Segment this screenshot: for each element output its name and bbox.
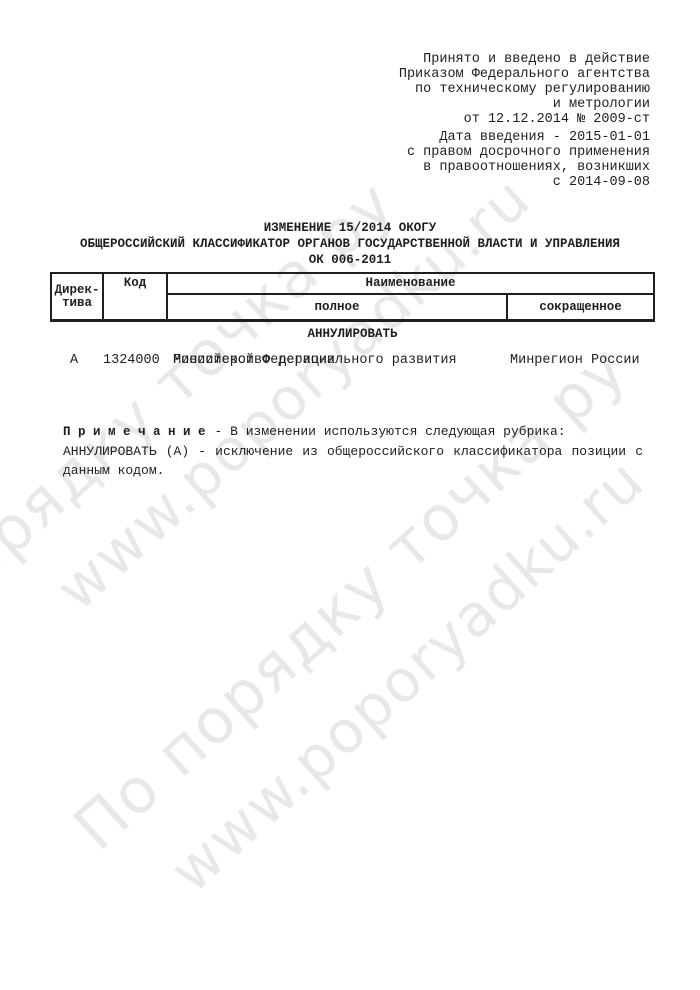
directive-header-line: Дирек- [54,284,99,297]
note-block: П р и м е ч а н и е- В изменении использ… [63,422,643,480]
column-header-directive: Дирек- тива [52,274,102,319]
introduction-date-block: Дата введения - 2015-01-01 с правом доср… [407,130,650,190]
adoption-line: от 12.12.2014 № 2009-ст [399,112,650,127]
title-line-change-number: ИЗМЕНЕНИЕ 15/2014 ОКОГУ [0,220,700,236]
document-title: ИЗМЕНЕНИЕ 15/2014 ОКОГУ ОБЩЕРОССИЙСКИЙ К… [0,220,700,268]
column-header-code: Код [102,274,166,319]
column-header-name: Наименование [166,274,653,293]
note-line-2: АННУЛИРОВАТЬ (А) - исключение из общерос… [63,442,643,461]
row-full-name-line: Российской Федерации [173,352,335,370]
adoption-line: по техническому регулированию [399,82,650,97]
title-line-classifier-name: ОБЩЕРОССИЙСКИЙ КЛАССИФИКАТОР ОРГАНОВ ГОС… [0,236,700,252]
note-line-3: данным кодом. [63,461,643,480]
title-line-ok-code: ОК 006-2011 [0,252,700,268]
note-label-rest: - В изменении используются следующая руб… [215,424,566,439]
document-page: По порядку точка ру www.poporyadku.ru По… [0,0,700,990]
column-header-short: сокращенное [506,293,653,319]
classifier-table-header: Дирек- тива Код Наименование полное сокр… [50,272,655,322]
section-annul-label: АННУЛИРОВАТЬ [50,327,655,341]
adoption-block: Принято и введено в действие Приказом Фе… [399,52,650,127]
introduction-line: с правом досрочного применения [407,145,650,160]
adoption-line: Приказом Федерального агентства [399,67,650,82]
note-line-1: П р и м е ч а н и е- В изменении использ… [63,422,643,442]
note-label: П р и м е ч а н и е [63,425,206,439]
adoption-line: и метрологии [399,97,650,112]
row-directive-value: А [62,352,86,370]
row-code-value: 1324000 [103,352,160,370]
directive-header-line: тива [62,297,92,310]
column-header-full: полное [166,293,506,319]
introduction-line: с 2014-09-08 [407,175,650,190]
introduction-line: в правоотношениях, возникших [407,160,650,175]
row-short-name: Минрегион России [510,352,640,370]
adoption-line: Принято и введено в действие [399,52,650,67]
introduction-line: Дата введения - 2015-01-01 [407,130,650,145]
